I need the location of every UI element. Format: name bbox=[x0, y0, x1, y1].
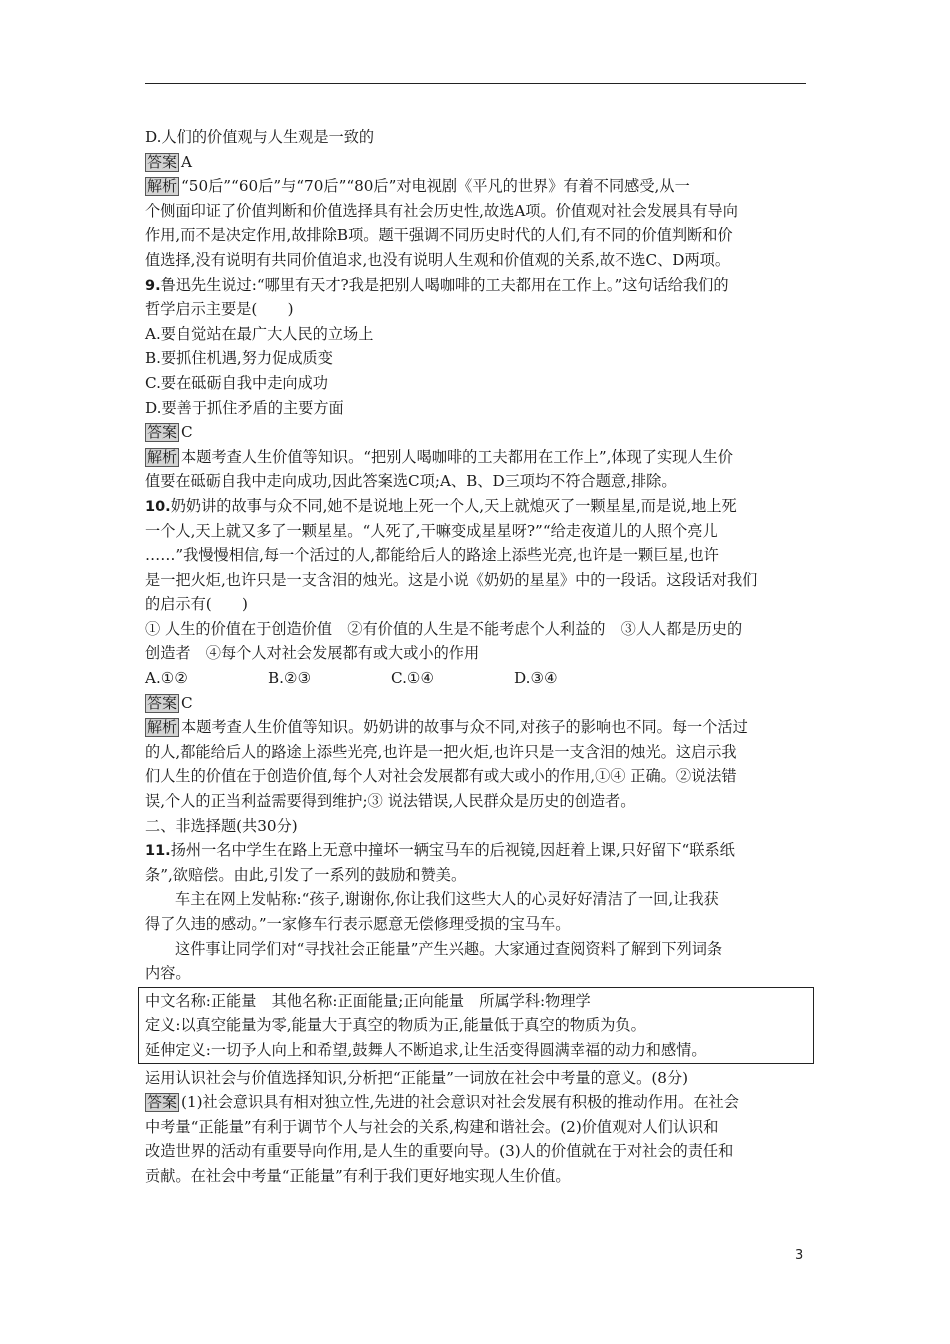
q9-option-d: D.要善于抓住矛盾的主要方面 bbox=[145, 396, 807, 421]
q11-answer-line: 中考量“正能量”有利于调节个人与社会的关系,构建和谐社会。(2)价值观对人们认识… bbox=[145, 1115, 807, 1140]
q9-analysis-line: 解析本题考查人生价值等知识。“把别人喝咖啡的工夫都用在工作上”,体现了实现人生价 bbox=[145, 445, 807, 470]
q9-answer: 答案C bbox=[145, 420, 807, 445]
q10-option-d: D.③④ bbox=[514, 666, 637, 691]
question-number: 10. bbox=[145, 499, 171, 515]
q9-analysis-line: 值要在砥砺自我中走向成功,因此答案选C项;A、B、D三项均不符合题意,排除。 bbox=[145, 469, 807, 494]
q8-analysis-line: 个侧面印证了价值判断和价值选择具有社会历史性,故选A项。价值观对社会发展具有导向 bbox=[145, 199, 807, 224]
q11-paragraph: 得了久违的感动。”一家修车行表示愿意无偿修理受损的宝马车。 bbox=[145, 912, 807, 937]
q8-analysis-line: 作用,而不是决定作用,故排除B项。题干强调不同历史时代的人们,有不同的价值判断和… bbox=[145, 223, 807, 248]
q10-option-b: B.②③ bbox=[268, 666, 391, 691]
q10-stem: 10.奶奶讲的故事与众不同,她不是说地上死一个人,天上就熄灭了一颗星星,而是说,… bbox=[145, 494, 807, 519]
answer-tag: 答案 bbox=[145, 694, 179, 713]
q10-analysis-line: 们人生的价值在于创造价值,每个人对社会发展都有或大或小的作用,①④ 正确。②说法… bbox=[145, 764, 807, 789]
q11-stem: 11.扬州一名中学生在路上无意中撞坏一辆宝马车的后视镜,因赶着上课,只好留下“联… bbox=[145, 838, 807, 863]
analysis-tag: 解析 bbox=[145, 448, 179, 467]
question-number: 11. bbox=[145, 843, 171, 859]
q8-option-d: D.人们的价值观与人生观是一致的 bbox=[145, 125, 807, 150]
answer-value: A bbox=[181, 153, 192, 171]
q11-paragraph: 车主在网上发帖称:“孩子,谢谢你,你让我们这些大人的心灵好好清洁了一回,让我获 bbox=[145, 887, 807, 912]
q10-stem: 是一把火炬,也许只是一支含泪的烛光。这是小说《奶奶的星星》中的一段话。这段话对我… bbox=[145, 568, 807, 593]
q11-answer-line: 答案(1)社会意识具有相对独立性,先进的社会意识对社会发展有积极的推动作用。在社… bbox=[145, 1090, 807, 1115]
q8-analysis-line: 值选择,没有说明有共同价值追求,也没有说明人生观和价值观的关系,故不选C、D两项… bbox=[145, 248, 807, 273]
definition-line: 定义:以真空能量为零,能量大于真空的物质为正,能量低于真空的物质为负。 bbox=[145, 1013, 807, 1038]
answer-value: C bbox=[181, 423, 193, 441]
q10-option-a: A.①② bbox=[145, 666, 268, 691]
definition-line: 延伸定义:一切予人向上和希望,鼓舞人不断追求,让生活变得圆满幸福的动力和感情。 bbox=[145, 1038, 807, 1063]
q11-paragraph: 内容。 bbox=[145, 961, 807, 986]
answer-tag: 答案 bbox=[145, 423, 179, 442]
q10-option-c: C.①④ bbox=[391, 666, 514, 691]
q10-stem: ……”我慢慢相信,每一个活过的人,都能给后人的路途上添些光亮,也许是一颗巨星,也… bbox=[145, 543, 807, 568]
q10-statements: ① 人生的价值在于创造价值 ②有价值的人生是不能考虑个人利益的 ③人人都是历史的 bbox=[145, 617, 807, 642]
q11-answer-line: 贡献。在社会中考量“正能量”有利于我们更好地实现人生价值。 bbox=[145, 1164, 807, 1189]
analysis-tag: 解析 bbox=[145, 718, 179, 737]
page-number: 3 bbox=[795, 1248, 803, 1263]
answer-tag: 答案 bbox=[145, 153, 179, 172]
q10-stem: 的启示有( ) bbox=[145, 592, 807, 617]
q9-stem: 哲学启示主要是( ) bbox=[145, 297, 807, 322]
section-heading: 二、非选择题(共30分) bbox=[145, 814, 807, 839]
q8-answer: 答案A bbox=[145, 150, 807, 175]
definition-line: 中文名称:正能量 其他名称:正面能量;正向能量 所属学科:物理学 bbox=[145, 989, 807, 1014]
question-number: 9. bbox=[145, 278, 161, 294]
definition-box: 中文名称:正能量 其他名称:正面能量;正向能量 所属学科:物理学 定义:以真空能… bbox=[138, 987, 814, 1064]
q8-analysis-line: 解析“50后”“60后”与“70后”“80后”对电视剧《平凡的世界》有着不同感受… bbox=[145, 174, 807, 199]
answer-tag: 答案 bbox=[145, 1093, 179, 1112]
q11-paragraph: 这件事让同学们对“寻找社会正能量”产生兴趣。大家通过查阅资料了解到下列词条 bbox=[145, 937, 807, 962]
q11-stem: 条”,欲赔偿。由此,引发了一系列的鼓励和赞美。 bbox=[145, 863, 807, 888]
q10-analysis-line: 解析本题考查人生价值等知识。奶奶讲的故事与众不同,对孩子的影响也不同。每一个活过 bbox=[145, 715, 807, 740]
q10-analysis-line: 误,个人的正当利益需要得到维护;③ 说法错误,人民群众是历史的创造者。 bbox=[145, 789, 807, 814]
q10-stem: 一个人,天上就又多了一颗星星。“人死了,干嘛变成星星呀?”“给走夜道儿的人照个亮… bbox=[145, 519, 807, 544]
q9-option-b: B.要抓住机遇,努力促成质变 bbox=[145, 346, 807, 371]
q10-options: A.①② B.②③ C.①④ D.③④ bbox=[145, 666, 807, 691]
q10-analysis-line: 的人,都能给后人的路途上添些光亮,也许是一把火炬,也许只是一支含泪的烛光。这启示… bbox=[145, 740, 807, 765]
analysis-tag: 解析 bbox=[145, 177, 179, 196]
q9-option-a: A.要自觉站在最广大人民的立场上 bbox=[145, 322, 807, 347]
header-rule bbox=[145, 83, 806, 84]
page-content: D.人们的价值观与人生观是一致的 答案A 解析“50后”“60后”与“70后”“… bbox=[145, 125, 807, 1189]
q9-option-c: C.要在砥砺自我中走向成功 bbox=[145, 371, 807, 396]
q10-statements: 创造者 ④每个人对社会发展都有或大或小的作用 bbox=[145, 641, 807, 666]
q11-question: 运用认识社会与价值选择知识,分析把“正能量”一词放在社会中考量的意义。(8分) bbox=[145, 1066, 807, 1091]
q10-answer: 答案C bbox=[145, 691, 807, 716]
answer-value: C bbox=[181, 694, 193, 712]
q9-stem: 9.鲁迅先生说过:“哪里有天才?我是把别人喝咖啡的工夫都用在工作上。”这句话给我… bbox=[145, 273, 807, 298]
q11-answer-line: 改造世界的活动有重要导向作用,是人生的重要向导。(3)人的价值就在于对社会的责任… bbox=[145, 1139, 807, 1164]
